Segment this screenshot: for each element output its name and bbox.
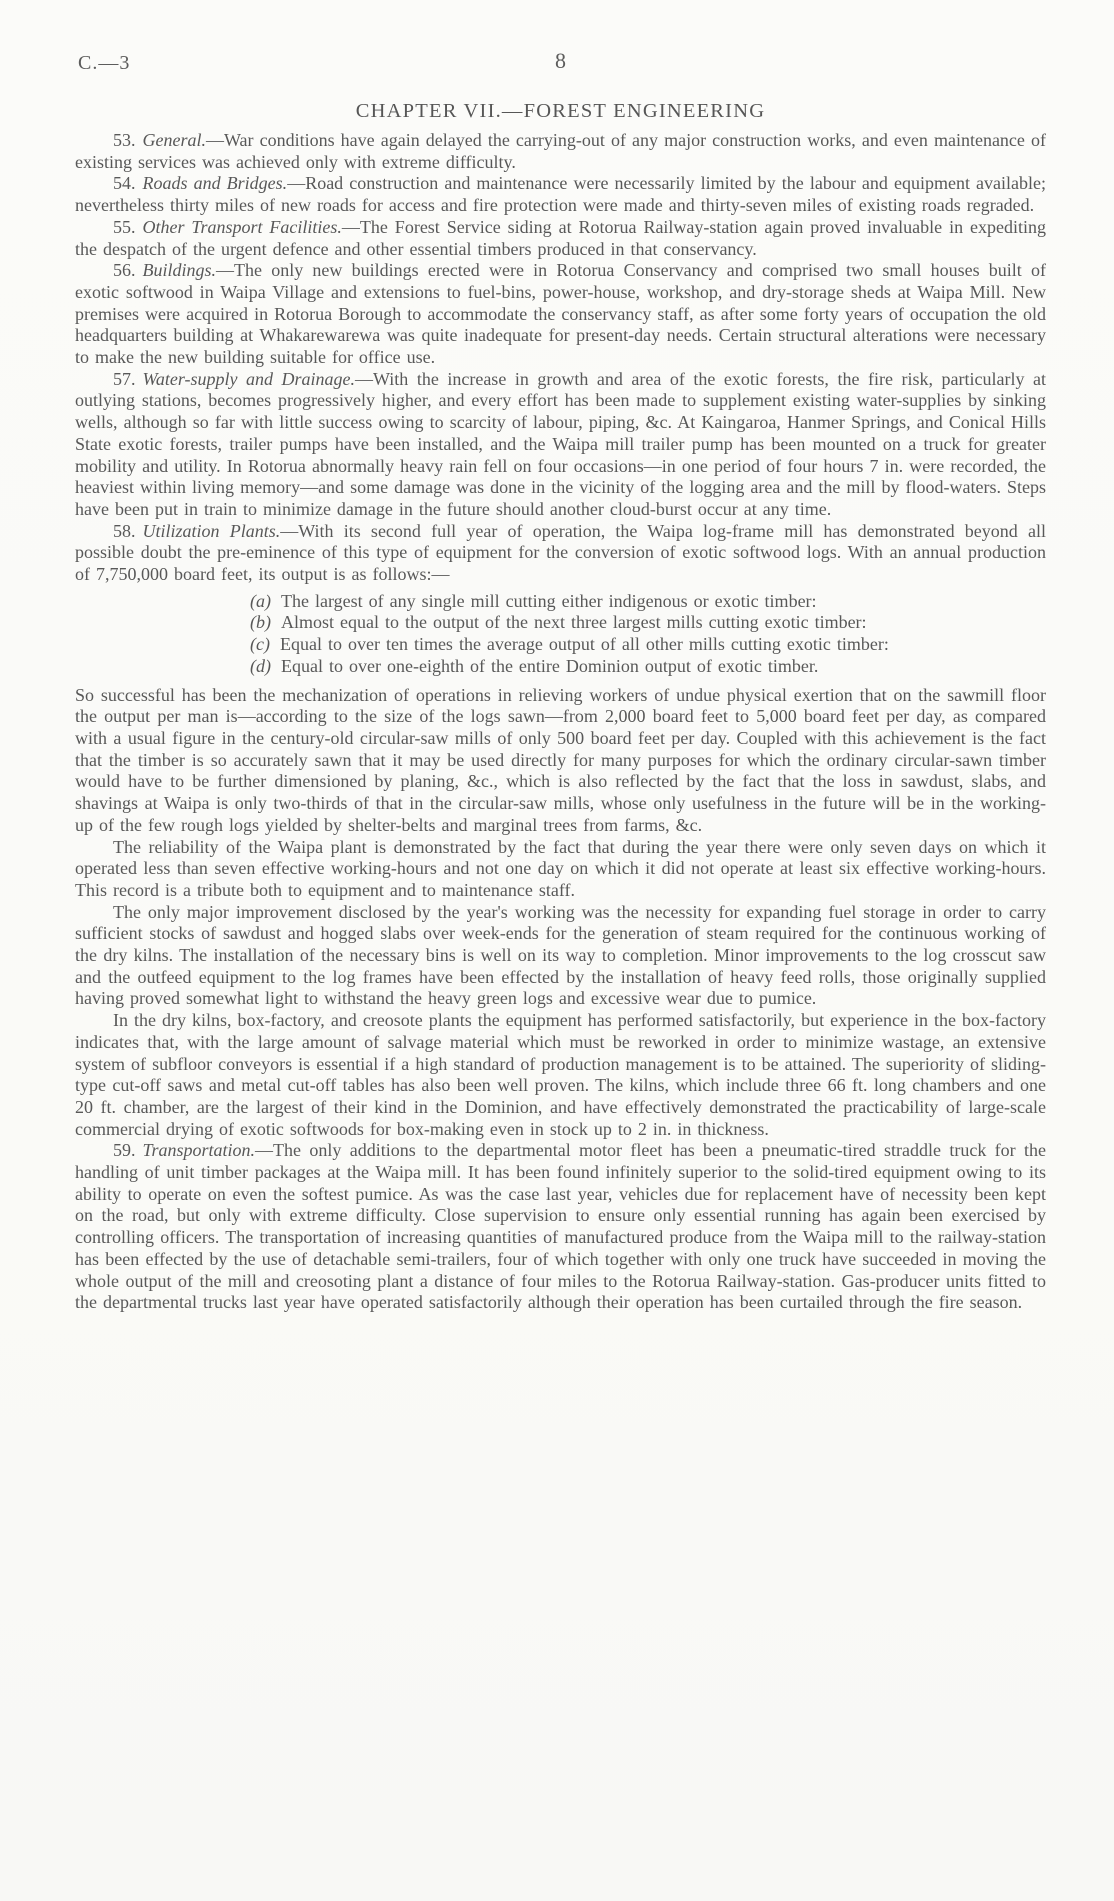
paragraph-57-text: —With the increase in growth and area of…	[75, 369, 1046, 519]
chapter-title: CHAPTER VII.—FOREST ENGINEERING	[75, 100, 1046, 123]
list-item-b: (b)Almost equal to the output of the nex…	[75, 612, 1046, 634]
list-item-d-text: Equal to over one-eighth of the entire D…	[281, 656, 818, 676]
paragraph-53-text: —War conditions have again delayed the c…	[75, 130, 1046, 172]
paragraph-53: 53.General.—War conditions have again de…	[75, 130, 1046, 173]
paragraph-53-number: 53.	[113, 130, 136, 150]
list-item-c-marker: (c)	[250, 634, 270, 654]
list-item-d: (d)Equal to over one-eighth of the entir…	[75, 656, 1046, 678]
list-item-c: (c)Equal to over ten times the average o…	[75, 634, 1046, 656]
paragraph-56-number: 56.	[113, 260, 136, 280]
list-item-a: (a)The largest of any single mill cuttin…	[75, 591, 1046, 613]
paragraph-58: 58.Utilization Plants.—With its second f…	[75, 521, 1046, 586]
paragraph-dry-kilns: In the dry kilns, box-factory, and creos…	[75, 1010, 1046, 1140]
output-list: (a)The largest of any single mill cuttin…	[75, 591, 1046, 678]
paragraph-57-lead: Water-supply and Drainage.	[143, 369, 356, 389]
paragraph-fuel-storage: The only major improvement disclosed by …	[75, 902, 1046, 1011]
list-item-a-marker: (a)	[250, 591, 271, 611]
paragraph-58-number: 58.	[113, 521, 136, 541]
paragraph-59-number: 59.	[113, 1140, 136, 1160]
list-item-d-marker: (d)	[250, 656, 271, 676]
paragraph-56-lead: Buildings.	[143, 260, 217, 280]
document-page: C.—3 8 CHAPTER VII.—FOREST ENGINEERING 5…	[0, 0, 1114, 1901]
paragraph-59: 59.Transportation.—The only additions to…	[75, 1140, 1046, 1314]
paragraph-55-lead: Other Transport Facilities.	[143, 217, 342, 237]
document-body: 53.General.—War conditions have again de…	[75, 130, 1046, 1314]
paragraph-reliability: The reliability of the Waipa plant is de…	[75, 837, 1046, 902]
paragraph-mechanization: So successful has been the mechanization…	[75, 685, 1046, 837]
list-item-c-text: Equal to over ten times the average outp…	[280, 634, 889, 654]
list-item-a-text: The largest of any single mill cutting e…	[281, 591, 817, 611]
page-header: C.—3 8	[75, 48, 1046, 78]
paragraph-57-number: 57.	[113, 369, 136, 389]
page-number: 8	[75, 48, 1046, 74]
paragraph-57: 57.Water-supply and Drainage.—With the i…	[75, 369, 1046, 521]
paragraph-59-lead: Transportation.	[143, 1140, 256, 1160]
paragraph-55-number: 55.	[113, 217, 136, 237]
paragraph-54: 54.Roads and Bridges.—Road construction …	[75, 173, 1046, 216]
paragraph-54-lead: Roads and Bridges.	[143, 173, 288, 193]
paragraph-56: 56.Buildings.—The only new buildings ere…	[75, 260, 1046, 369]
paragraph-55: 55.Other Transport Facilities.—The Fores…	[75, 217, 1046, 260]
paragraph-58-lead: Utilization Plants.	[143, 521, 281, 541]
paragraph-59-text: —The only additions to the departmental …	[75, 1140, 1046, 1312]
paragraph-54-number: 54.	[113, 173, 136, 193]
paragraph-53-lead: General.	[143, 130, 206, 150]
list-item-b-text: Almost equal to the output of the next t…	[281, 612, 867, 632]
list-item-b-marker: (b)	[250, 612, 271, 632]
paragraph-56-text: —The only new buildings erected were in …	[75, 260, 1046, 367]
